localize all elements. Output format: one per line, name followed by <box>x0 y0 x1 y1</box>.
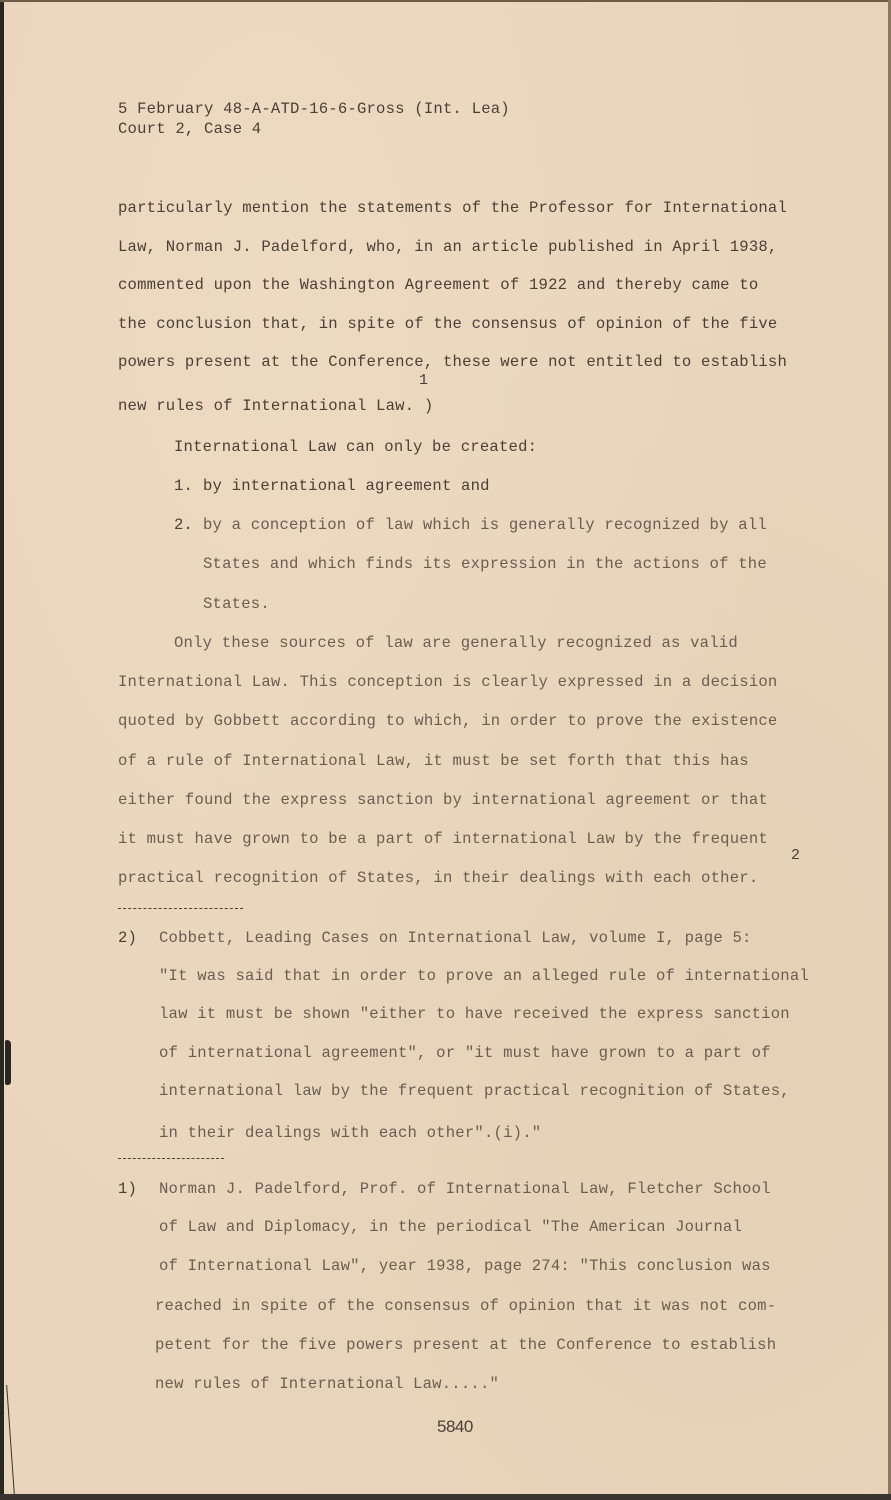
body-line: the conclusion that, in spite of the con… <box>118 315 778 333</box>
body-line: powers present at the Conference, these … <box>118 353 787 371</box>
body-line: practical recognition of States, in thei… <box>118 869 758 887</box>
footnote-ref-2: 2 <box>791 847 800 864</box>
header-line-1: 5 February 48-A-ATD-16-6-Gross (Int. Lea… <box>118 100 510 118</box>
body-line: International Law. This conception is cl… <box>118 673 778 691</box>
footnote-line: law it must be shown "either to have rec… <box>159 1005 790 1023</box>
list-item-text: States and which finds its expression in… <box>203 555 767 573</box>
footnote-ref-1: 1 <box>419 372 428 389</box>
page-number: 5840 <box>437 1417 473 1437</box>
list-item-number: 1. <box>174 477 193 495</box>
footnote-separator <box>118 908 243 909</box>
footnote-line: petent for the five powers present at th… <box>155 1336 776 1354</box>
footnote-line: "It was said that in order to prove an a… <box>159 967 809 985</box>
footnote-line: reached in spite of the consensus of opi… <box>155 1297 776 1315</box>
body-line: commented upon the Washington Agreement … <box>118 276 758 294</box>
list-item-text: States. <box>203 595 270 613</box>
list-intro: International Law can only be created: <box>174 438 537 456</box>
header-line-2: Court 2, Case 4 <box>118 120 261 138</box>
body-line: either found the express sanction by int… <box>118 791 768 809</box>
body-line: Law, Norman J. Padelford, who, in an art… <box>118 238 778 256</box>
footnote-separator <box>118 1158 224 1159</box>
body-line: quoted by Gobbett according to which, in… <box>118 712 778 730</box>
document-page: 5 February 48-A-ATD-16-6-Gross (Int. Lea… <box>4 0 891 1494</box>
list-item-number: 2. <box>174 516 193 534</box>
body-line: Only these sources of law are generally … <box>174 634 738 652</box>
footnote-line: new rules of International Law....." <box>155 1375 499 1393</box>
body-line: particularly mention the statements of t… <box>118 199 787 217</box>
footnote-line: international law by the frequent practi… <box>159 1082 790 1100</box>
scan-border-top <box>0 0 891 2</box>
scan-border-bottom <box>0 1494 891 1500</box>
footnote-line: in their dealings with each other".(i)." <box>159 1124 541 1142</box>
list-item-text: by international agreement and <box>203 477 490 495</box>
paper-tear-mark <box>5 1040 11 1085</box>
footnote-marker: 2) <box>118 929 137 947</box>
footnote-marker: 1) <box>118 1180 137 1198</box>
footnote-line: Norman J. Padelford, Prof. of Internatio… <box>159 1180 771 1198</box>
footnote-line: of Law and Diplomacy, in the periodical … <box>159 1218 742 1236</box>
footnote-line: of international agreement", or "it must… <box>159 1044 771 1062</box>
list-item-text: by a conception of law which is generall… <box>203 516 767 534</box>
footnote-line: Cobbett, Leading Cases on International … <box>159 929 752 947</box>
body-line: new rules of International Law. ) <box>118 397 433 415</box>
body-line: of a rule of International Law, it must … <box>118 752 749 770</box>
footnote-line: of International Law", year 1938, page 2… <box>159 1257 771 1275</box>
body-line: it must have grown to be a part of inter… <box>118 830 768 848</box>
